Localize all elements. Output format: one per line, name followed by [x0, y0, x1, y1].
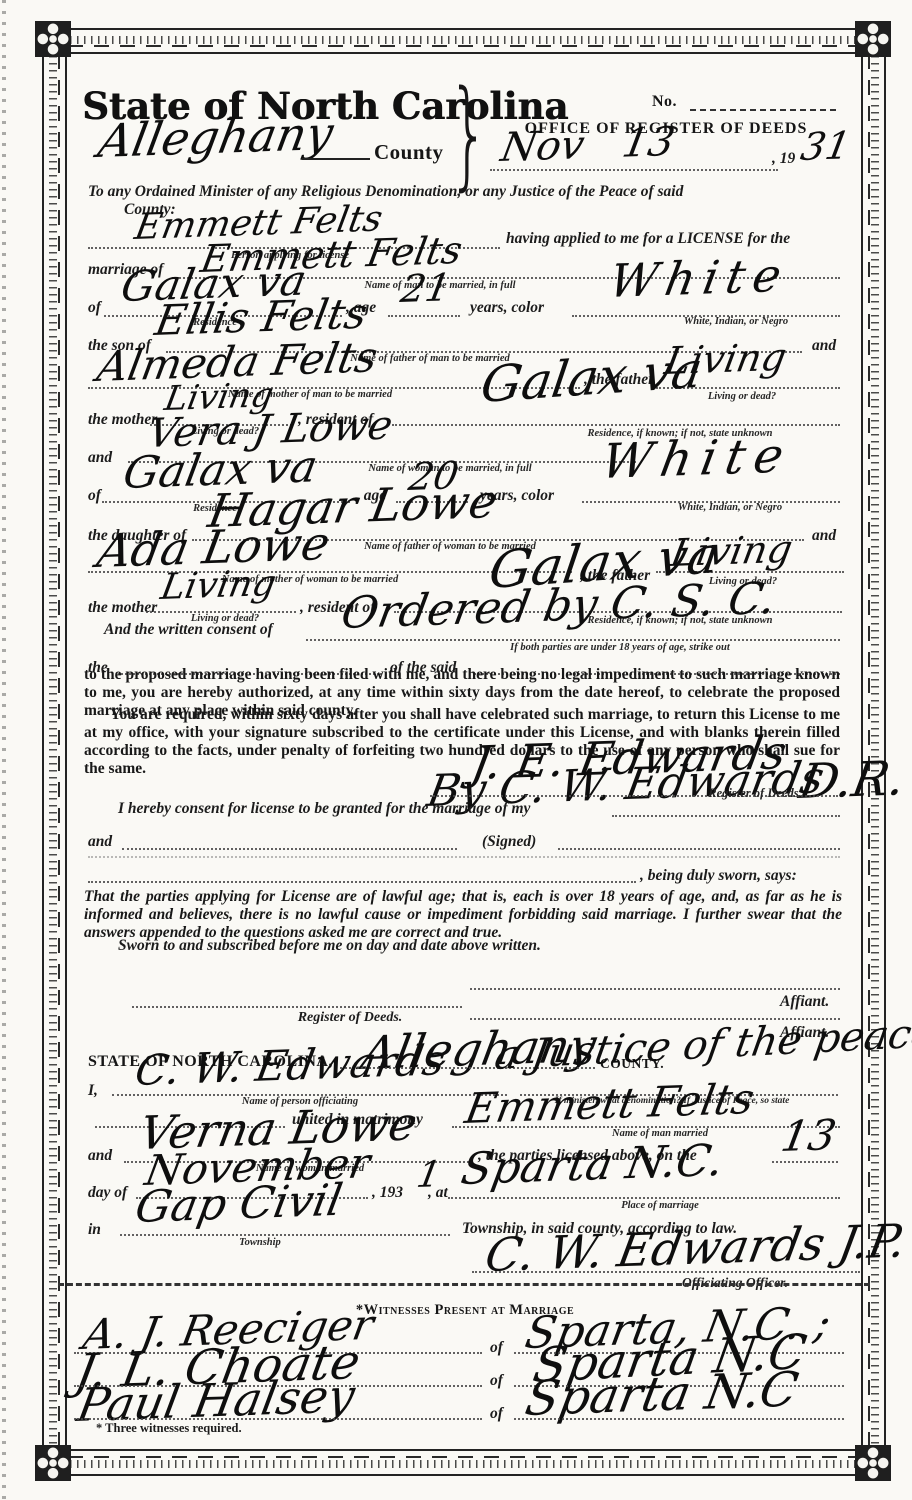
- at-label: , at: [428, 1184, 448, 1202]
- section-divider: [58, 1283, 870, 1286]
- marriage-license-document: State of North Carolina } No. OFFICE OF …: [0, 0, 912, 1500]
- groom-age-rule: [388, 315, 460, 317]
- parent-consent-and-label: and: [88, 833, 112, 851]
- corner-ornament-top-right: [856, 22, 890, 56]
- year-prefix: , 19: [772, 150, 795, 168]
- witnesses-footnote: * Three witnesses required.: [96, 1421, 242, 1435]
- witness1-of-label: of: [490, 1339, 503, 1357]
- consent-caption: If both parties are under 18 years of ag…: [440, 643, 800, 654]
- header-brace: }: [448, 74, 489, 192]
- faint-divider-rule: [88, 856, 840, 858]
- year-handwriting: 31: [798, 126, 853, 166]
- county-handwriting: Alleghany: [95, 110, 337, 164]
- bride-color-handwriting: White: [598, 431, 796, 486]
- border-bottom: [42, 1449, 886, 1476]
- written-consent-label: And the written consent of: [104, 621, 273, 639]
- no-label: No.: [652, 93, 677, 111]
- groom-color-label: years, color: [470, 299, 544, 317]
- township-handwriting: Gap Civil: [132, 1179, 345, 1230]
- scan-edge-noise: [2, 0, 6, 1500]
- groom-and-label: and: [812, 337, 836, 355]
- consent-handwriting: Ordered by C. S. C.: [338, 577, 779, 636]
- certificate-and-label: and: [88, 1147, 112, 1165]
- border-left: [42, 28, 67, 1476]
- witness2-of-label: of: [490, 1372, 503, 1390]
- groom-color-caption: White, Indian, or Negro: [636, 317, 836, 328]
- bride-and-label2: and: [812, 527, 836, 545]
- corner-ornament-bottom-right: [856, 1446, 890, 1480]
- signed-label: (Signed): [482, 833, 536, 851]
- salutation-line1: To any Ordained Minister of any Religiou…: [88, 183, 683, 201]
- sworn-line: Sworn to and subscribed before me on day…: [118, 937, 541, 955]
- certificate-groom-handwriting: Emmett Felts: [462, 1078, 757, 1130]
- groom-age-handwriting: 21: [398, 268, 453, 308]
- place-rule: [448, 1197, 840, 1199]
- affiant1-rule: [470, 988, 840, 990]
- date-handwriting: Nov 13: [498, 122, 678, 168]
- certificate-i-label: I,: [88, 1082, 98, 1100]
- border-top: [42, 28, 886, 54]
- register-of-deeds-label: Register of Deeds.: [690, 787, 820, 800]
- applied-text: having applied to me for a LICENSE for t…: [506, 230, 790, 248]
- signed-rule: [558, 848, 840, 850]
- corner-ornament-bottom-left: [36, 1446, 70, 1480]
- affidavit-body: That the parties applying for License ar…: [84, 888, 842, 942]
- affiant1-label: Affiant.: [780, 993, 829, 1011]
- township-rule: [120, 1234, 450, 1236]
- parent-consent-rule: [612, 815, 840, 817]
- witness3-place-rule: [514, 1418, 844, 1420]
- date-rule: [490, 169, 778, 171]
- officiant-signature-rule: [472, 1271, 860, 1273]
- county-dash: [302, 158, 370, 160]
- witness3-place-handwriting: Sparta N.C: [522, 1366, 802, 1423]
- witness3-of-label: of: [490, 1405, 503, 1423]
- bride-of-label: of: [88, 487, 101, 505]
- in-label: in: [88, 1221, 101, 1239]
- officiant-handwriting: C. W. Edwards: [132, 1039, 448, 1092]
- day-of-label: day of: [88, 1184, 127, 1202]
- no-blank-rule: [690, 109, 836, 111]
- marriage-day-handwriting: 13: [778, 1114, 839, 1158]
- parent-consent-and-rule: [122, 848, 457, 850]
- bride-and-label: and: [88, 449, 112, 467]
- consent-rule: [306, 639, 840, 641]
- county-label: County: [374, 140, 444, 165]
- marriage-day-rule: [772, 1161, 838, 1163]
- witness3-name-rule: [74, 1418, 482, 1420]
- groom-parents-residence-handwriting: Galax va: [478, 345, 706, 410]
- bride-mother-label: the mother: [88, 599, 157, 617]
- township-caption: Township: [200, 1238, 320, 1249]
- sworn-lead: , being duly sworn, says:: [640, 867, 797, 885]
- groom-parents-residence-rule: [392, 424, 840, 426]
- sworn-blank-rule: [88, 881, 636, 883]
- register-label-rule: [132, 1006, 462, 1008]
- bride-color-caption: White, Indian, or Negro: [630, 503, 830, 514]
- bride-mother-status-handwriting: Living: [158, 566, 279, 606]
- groom-of-label: of: [88, 299, 101, 317]
- year-printed-label: , 193: [372, 1184, 403, 1202]
- place-caption: Place of marriage: [560, 1201, 760, 1212]
- groom-color-handwriting: White: [606, 252, 793, 304]
- corner-ornament-top-left: [36, 22, 70, 56]
- parent-consent-line: I hereby consent for license to be grant…: [118, 800, 530, 818]
- officiant-signature-handwriting: C. W. Edwards J.P.: [482, 1217, 910, 1278]
- place-handwriting: Sparta N.C.: [458, 1139, 727, 1192]
